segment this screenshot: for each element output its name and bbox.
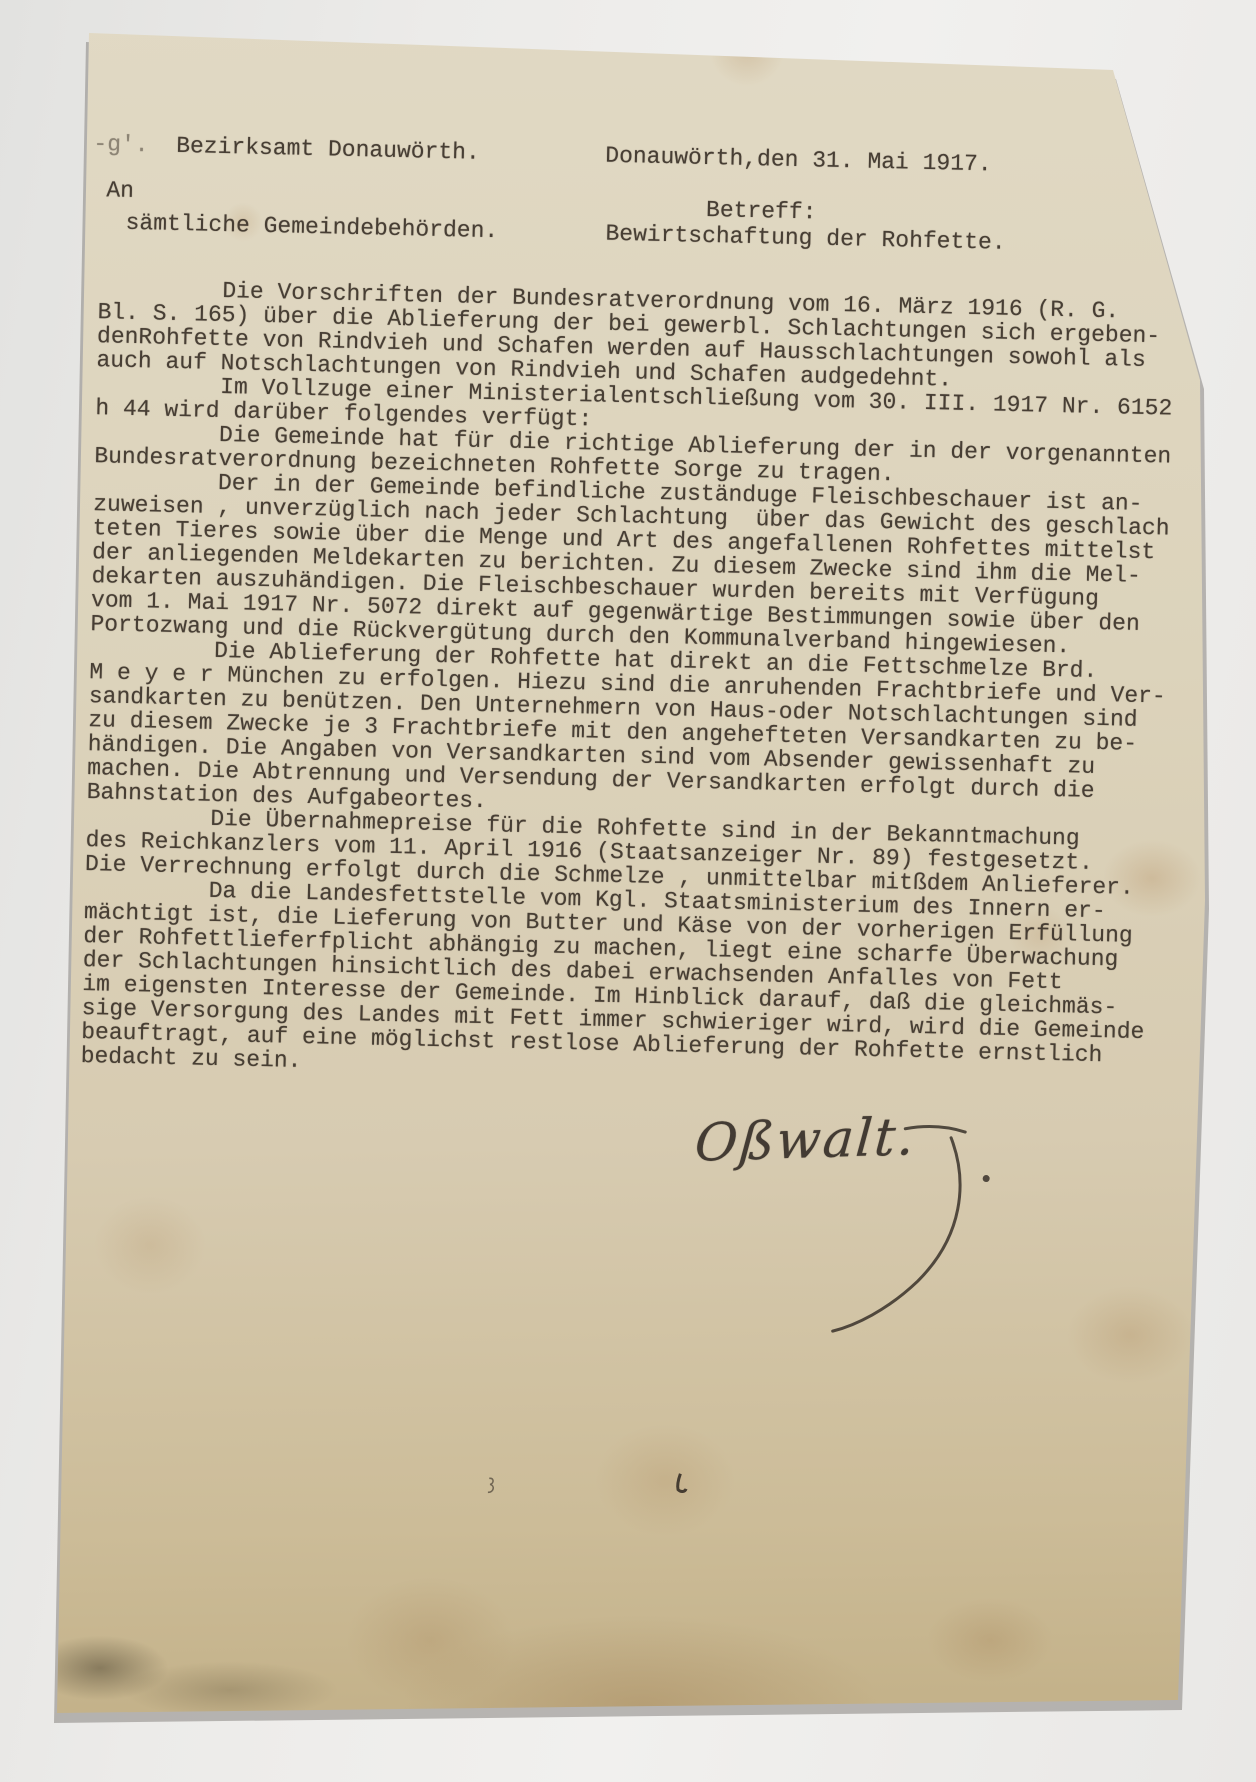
sender: Bezirksamt Donauwörth.: [176, 133, 480, 166]
signature-text: Oßwalt.: [693, 1107, 918, 1174]
letter-body: Die Vorschriften der Bundesratverordnung…: [80, 276, 1174, 1092]
file-mark: -g'.: [93, 131, 149, 158]
subject: Bewirtschaftung der Rohfette.: [605, 222, 1006, 255]
ink-blot: [673, 1472, 690, 1496]
place-date: Donauwörth,den 31. Mai 1917.: [605, 144, 992, 177]
letter-content: -g'. Bezirksamt Donauwörth. Donauwörth,d…: [58, 118, 1256, 1644]
signature-block: Oßwalt.: [664, 1079, 1031, 1387]
ink-speck: [485, 1475, 499, 1495]
signature-period-dot: [983, 1175, 990, 1182]
sender-name: [148, 132, 176, 159]
salutation: An: [106, 178, 134, 203]
recipient: sämtliche Gemeindebehörden.: [125, 211, 498, 243]
sender-line: -g'. Bezirksamt Donauwörth.: [93, 132, 480, 165]
subject-label: Betreff:: [706, 198, 817, 224]
